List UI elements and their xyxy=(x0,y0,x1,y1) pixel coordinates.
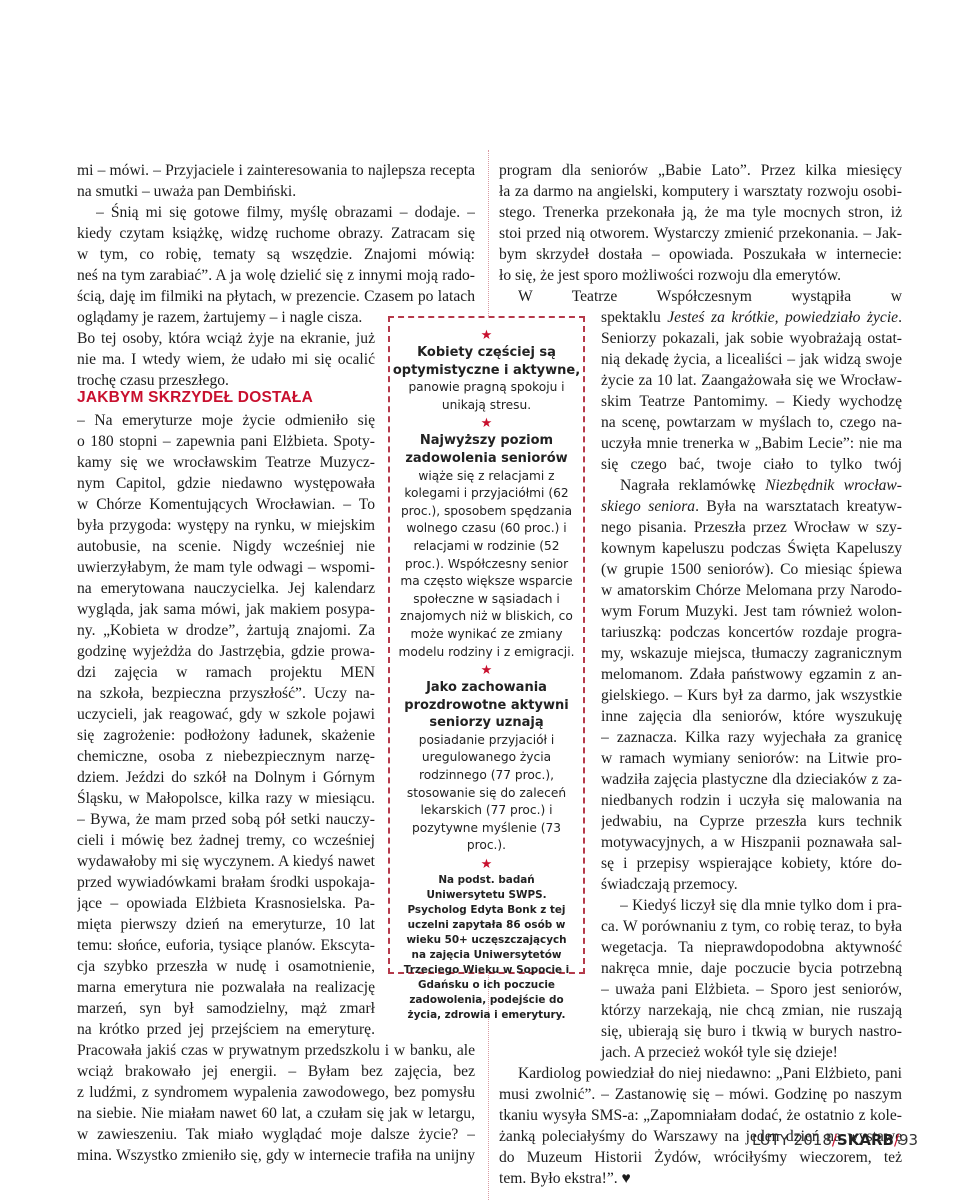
text-line: się zagrożenie: podłożony ładunek, skaże… xyxy=(77,725,375,746)
text-line: na smutki – uważa pan Dembiński. xyxy=(77,181,475,202)
text-line: bym skrzydeł dostała – opowiada. Poszuka… xyxy=(499,244,902,265)
text-line: inne zajęcia dla seniorów, które wyszuku… xyxy=(601,706,902,727)
text-line: wegetacja. Ta nieprawdopodobna aktywność xyxy=(601,937,902,958)
text-line: na emerytowana nauczycielka. Jej kalenda… xyxy=(77,578,375,599)
text-line: nią dekadę życia, a licealiści – jak wid… xyxy=(601,349,902,370)
text-line: kamy się we wrocławskim Teatrze Muzycz- xyxy=(77,452,375,473)
text-line: wciąż brakowało jej energii. – Byłam bez… xyxy=(77,1061,475,1082)
text-line: się, ubierają się buro i tkwią w burych … xyxy=(601,1021,902,1042)
text-line: przed wywiadówkami brałam środki uspokaj… xyxy=(77,872,375,893)
sidebar-fact-3: Jako zachowania prozdrowotne aktywni sen… xyxy=(390,679,583,855)
text-line: Bo tej osoby, która wciąż żyje na ekrani… xyxy=(77,328,375,349)
text-line: godzinę wyjeżdża do Jastrzębia, gdzie pr… xyxy=(77,641,375,662)
sidebar-fact-2: Najwyższy poziom zadowolenia seniorów wi… xyxy=(390,432,583,661)
page-footer: LUTY 2018/SKARB/93 xyxy=(752,1131,918,1149)
text-line: mina. Wszystko zmieniło się, gdy w inter… xyxy=(77,1145,475,1166)
text-line: mi – mówi. – Przyjaciele i zainteresowan… xyxy=(77,160,475,181)
text-line: – zaznacza. Kilka razy wyjechała za gran… xyxy=(601,727,902,748)
text-line: jedwabiu, na Cyprze przeszła kurs techni… xyxy=(601,811,902,832)
text-line: cieli i mówię bez żadnej tremy, co wcześ… xyxy=(77,830,375,851)
sidebar-fact-3-bold: Jako zachowania prozdrowotne aktywni sen… xyxy=(404,680,568,730)
footer-magazine-name: SKARB xyxy=(837,1131,894,1149)
star-icon: ★ xyxy=(390,857,583,873)
sidebar-source-note: Na podst. badań Uniwersytetu SWPS. Psych… xyxy=(390,873,583,1023)
text-line: my, wskazuje miejsca, tłumaczy zagranicz… xyxy=(601,643,902,664)
sidebar-fact-2-bold: Najwyższy poziom zadowolenia seniorów xyxy=(405,433,567,466)
star-icon: ★ xyxy=(390,663,583,679)
text-line: z ludźmi, z syndromem wypalenia zawodowe… xyxy=(77,1082,475,1103)
footer-date: LUTY 2018 xyxy=(752,1131,832,1149)
text-line: którzy narzekają, nie chcą zmian, nie ru… xyxy=(601,1000,902,1021)
text-line: ścią, daję im filmiki na płytach, w prez… xyxy=(77,286,475,307)
text-line: w Chórze Komentujących Wrocławian. – To xyxy=(77,494,375,515)
text-line: się czego bać, twoje ciało to tylko twój… xyxy=(601,454,902,475)
text-line: dziem. Jeździ do szkół na Dolnym i Górny… xyxy=(77,767,375,788)
text-line: cja szybko przeszła w nudę i osamotnieni… xyxy=(77,956,375,977)
text-line: (w grupie 1500 seniorów). Co miesiąc śpi… xyxy=(601,559,902,580)
text-line: skim Teatrze Pantomimy. – Kiedy wychodzę xyxy=(601,391,902,412)
text-line: wydawałoby mi się wyczynem. A kiedyś naw… xyxy=(77,851,375,872)
text-line: Śląsku, w Małopolsce, kilka razy w miesi… xyxy=(77,788,375,809)
text-line: – uważa pani Elżbieta. – Sporo jest seni… xyxy=(601,979,902,1000)
text-line: – Na emeryturze moje życie odmieniło się xyxy=(77,410,375,431)
text-line: na siebie. Nie miałam nawet 60 lat, a cz… xyxy=(77,1103,475,1124)
sidebar-fact-1: Kobiety częściej są optymistyczne i akty… xyxy=(390,344,583,414)
text-line: uwierzyłabym, że mam tyle odwagi – wspom… xyxy=(77,557,375,578)
text-line: tkaniu wysyła SMS-a: „Zapomniałam dodać,… xyxy=(499,1105,902,1126)
text-line: jące – opowiada Elżbieta Krasnosielska. … xyxy=(77,893,375,914)
sidebar-fact-1-text: panowie pragną spokoju i unikają stresu. xyxy=(408,380,564,412)
text-line: Nagrała reklamówkę Niezbędnik wrocław- xyxy=(620,475,902,496)
text-line: ła za darmo na angielski, komputery i wa… xyxy=(499,181,902,202)
text-line: o 180 stopni – zapewnia pani Elżbieta. S… xyxy=(77,431,375,452)
sidebar-fact-1-bold: Kobiety częściej są optymistyczne i akty… xyxy=(393,345,580,378)
text-line: marzeń, syn był samodzielny, mąż zmarł xyxy=(77,998,375,1019)
text-line: motywacyjnych, a w Hiszpanii poznawała s… xyxy=(601,832,902,853)
statistics-sidebar-box: ★ Kobiety częściej są optymistyczne i ak… xyxy=(388,316,585,974)
star-icon: ★ xyxy=(390,328,583,344)
text-line: w zawieszeniu. Tak miało wyglądać moje d… xyxy=(77,1124,475,1145)
text-line: sę i przepisy wspierające kobiety, które… xyxy=(601,853,902,874)
text-line: nego pisania. Przeszła przez Wrocław w s… xyxy=(601,517,902,538)
text-line: mięta pierwszy dzień na emeryturze, 10 l… xyxy=(77,914,375,935)
sidebar-fact-2-text: wiąże się z relacjami z kolegami i przyj… xyxy=(399,469,575,659)
star-icon: ★ xyxy=(390,416,583,432)
page-number: 93 xyxy=(899,1131,918,1149)
text-line: uczycieli, jak reagować, gdy w szkole po… xyxy=(77,704,375,725)
text-line: trochę czasu przeszłego. xyxy=(77,370,375,391)
text-line: – Bywa, że mam przed sobą pół setki nauc… xyxy=(77,809,375,830)
text-line: na szkoła, bezpieczna przyszłość”. Uczy … xyxy=(77,683,375,704)
text-line: program dla seniorów „Babie Lato”. Przez… xyxy=(499,160,902,181)
text-line: uczyła mnie trenerka w „Babim Lecie”: ni… xyxy=(601,433,902,454)
text-line: chemiczne, osoba z niebezpiecznym narzę- xyxy=(77,746,375,767)
text-line: melomanom. Zdała państwowy egzamin z an- xyxy=(601,664,902,685)
text-line: ca. W porównaniu z tym, co robię teraz, … xyxy=(601,916,902,937)
text-line: dzi zajęcia w ramach projektu MEN „Bezpi… xyxy=(77,662,375,683)
text-line: neś na tym zarabiać”. A ja wolę dzielić … xyxy=(77,265,475,286)
text-line: kownym kapeluszu podczas Święta Kapelusz… xyxy=(601,538,902,559)
text-line: nakręca mnie, daje poczucie bycia potrze… xyxy=(601,958,902,979)
text-line: temu: słońce, euforia, tysiące planów. E… xyxy=(77,935,375,956)
text-line: na krótko przed jej przejściem na emeryt… xyxy=(77,1019,375,1040)
text-line: ło się, że jest sporo możliwości rozwoju… xyxy=(499,265,902,286)
text-line: życie za 10 lat. Zaangażowała się we Wro… xyxy=(601,370,902,391)
text-line: jach. A przecież wokół tyle się dzieje! xyxy=(601,1042,902,1063)
text-line: spektaklu Jesteś za krótkie, powiedziało… xyxy=(601,307,902,328)
text-line: wym Forum Muzyki. Jest tam również wolon… xyxy=(601,601,902,622)
text-line: Pracowała jakiś czas w prywatnym przedsz… xyxy=(77,1040,475,1061)
text-line: Seniorzy pokazali, jak sobie wyobrażają … xyxy=(601,328,902,349)
text-line: wygląda, jak sama mówi, jak makiem posyp… xyxy=(77,599,375,620)
text-line: stego. Trenerka przekonała ją, że ma tyl… xyxy=(499,202,902,223)
text-line: kiedy czytam książkę, widzę ruchome obra… xyxy=(77,223,475,244)
text-line: Kardiolog powiedział do niej niedawno: „… xyxy=(518,1063,902,1084)
text-line: W Teatrze Współczesnym wystąpiła w międz… xyxy=(518,286,902,307)
text-line: niedbanych rodzin i uczyła się malowania… xyxy=(601,790,902,811)
text-line: do Muzeum Historii Żydów, wróciłyśmy wie… xyxy=(499,1147,902,1168)
text-line: stoi przed nią otworem. Wystarczy zmieni… xyxy=(499,223,902,244)
text-line: ny. „Kobieta w drodze”, żartują znajomi.… xyxy=(77,620,375,641)
sidebar-fact-3-text: posiadanie przyjaciół i uregulowanego ży… xyxy=(407,733,566,853)
text-line: marna emerytura nie pozwalała na realiza… xyxy=(77,977,375,998)
text-line: w tym, co robię, tematy są wszędzie. Zna… xyxy=(77,244,475,265)
text-line: tem. Było ekstra!”. ♥ xyxy=(499,1168,902,1189)
text-line: skiego seniora. Była na warsztatach krea… xyxy=(601,496,902,517)
text-line: – Śnią mi się gotowe filmy, myślę obraza… xyxy=(96,202,475,223)
text-line: tariuszką: podczas koncertów rozdaje pro… xyxy=(601,622,902,643)
text-line: nym Capitol, gdzie niedawno występowała xyxy=(77,473,375,494)
text-line: w amatorskim Chórze Melomana przy Narodo… xyxy=(601,580,902,601)
text-line: oglądamy je razem, żartujemy – i nagle c… xyxy=(77,307,377,328)
text-line: gielskiego. – Kurs był za darmo, jak wsz… xyxy=(601,685,902,706)
section-heading: JAKBYM SKRZYDEŁ DOSTAŁA xyxy=(77,389,313,407)
text-line: na scenę, powtarzam w myślach to, czego … xyxy=(601,412,902,433)
text-line: w ramach wymiany seniorów: na Litwie pro… xyxy=(601,748,902,769)
text-line: autobusie, na scenie. Nigdy wcześniej ni… xyxy=(77,536,375,557)
text-line: nie ma. I wtedy wiem, że udało mi się oc… xyxy=(77,349,375,370)
text-line: musi zwolnić”. – Zastanowię się – mówi. … xyxy=(499,1084,902,1105)
text-line: świadczają przemocy. xyxy=(601,874,902,895)
text-line: – Kiedyś liczył się dla mnie tylko dom i… xyxy=(620,895,902,916)
text-line: wadziła zajęcia plastyczne dla dzieciakó… xyxy=(601,769,902,790)
text-line: była przygoda: występy na rynku, w miejs… xyxy=(77,515,375,536)
